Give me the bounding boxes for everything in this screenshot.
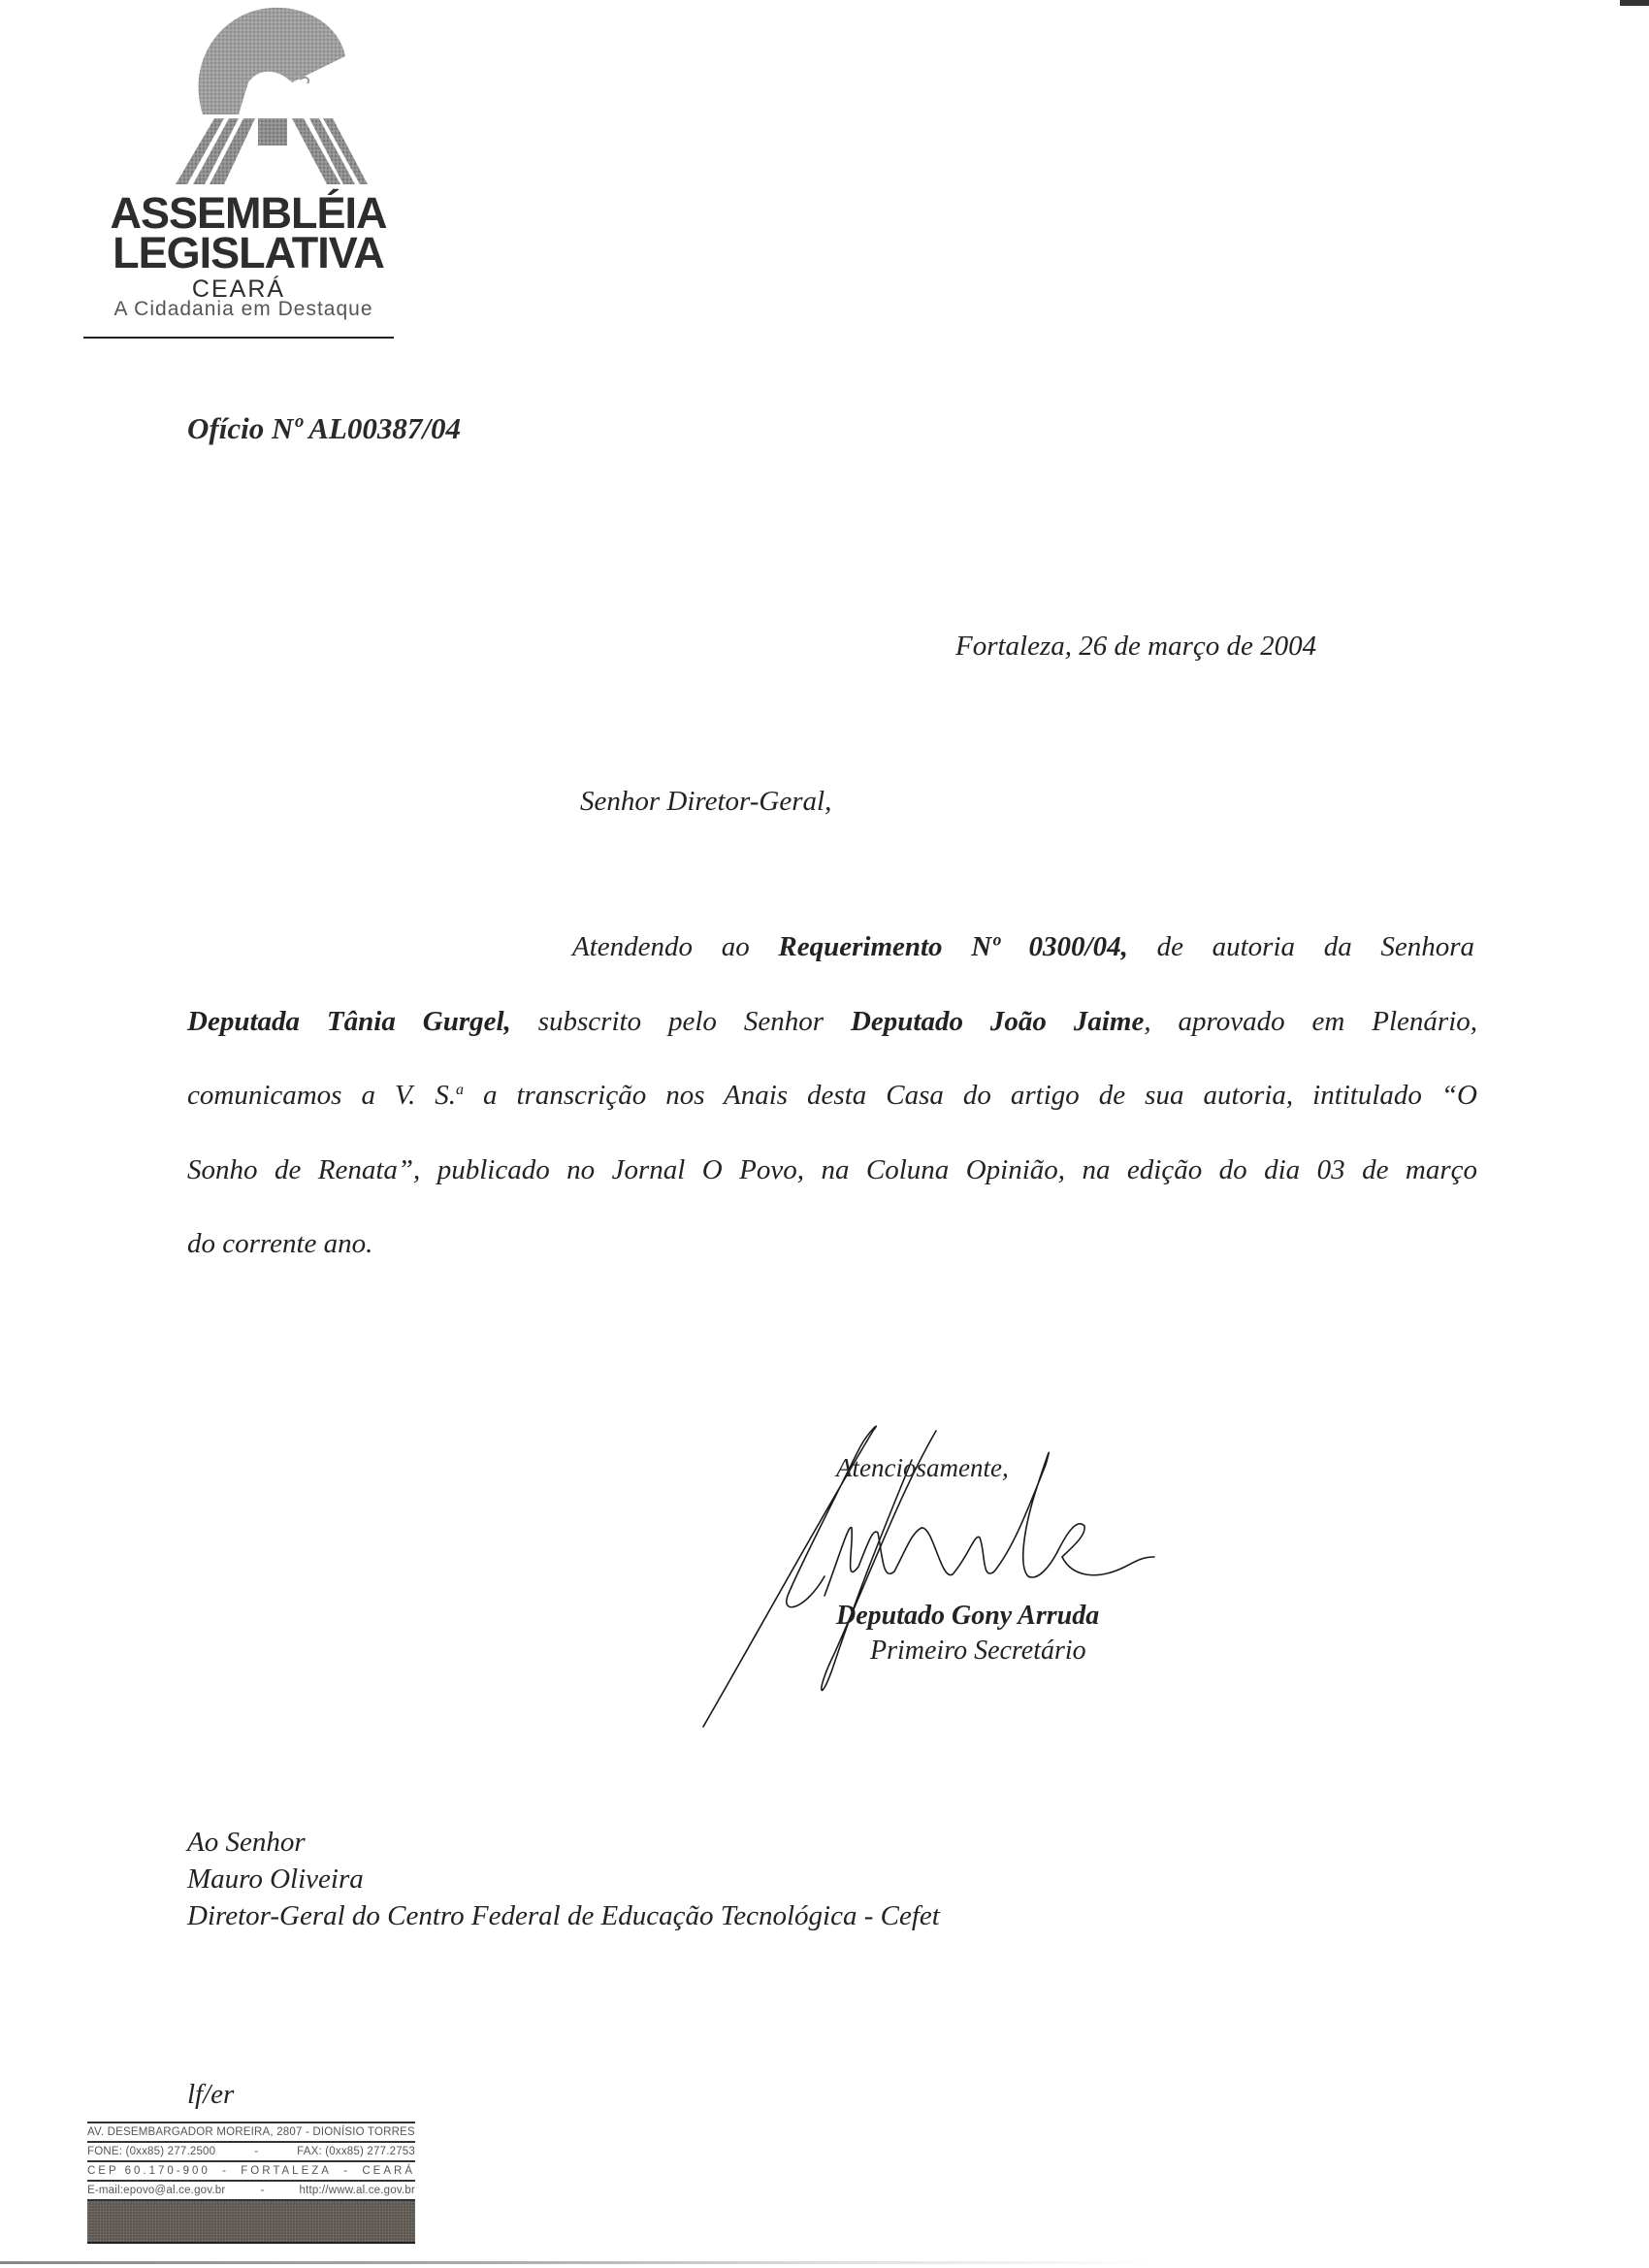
footer-separator: - bbox=[254, 2143, 258, 2160]
footer-phone: FONE: (0xx85) 277.2500 bbox=[87, 2143, 215, 2160]
footer-cep: CEP 60.170-900 bbox=[87, 2162, 210, 2180]
recipient-title: Diretor-Geral do Centro Federal de Educa… bbox=[187, 1897, 940, 1934]
document-date: Fortaleza, 26 de março de 2004 bbox=[955, 631, 1316, 663]
footer-city-row: CEP 60.170-900 - FORTALEZA - CEARÁ bbox=[87, 2160, 415, 2180]
paragraph-line-1: Atendendo ao Requerimento Nº 0300/04, de… bbox=[572, 931, 1474, 963]
paragraph-text: comunicamos a V. S. bbox=[187, 1080, 456, 1111]
footer-contact-row: E-mail:epovo@al.ce.gov.br - http://www.a… bbox=[87, 2180, 415, 2199]
scan-artifact bbox=[1620, 0, 1649, 6]
footer-website: http://www.al.ce.gov.br bbox=[300, 2182, 415, 2199]
requirement-number: Requerimento Nº 0300/04, bbox=[778, 931, 1127, 962]
author-name: Deputada Tânia Gurgel, bbox=[187, 1006, 511, 1037]
paragraph-text: , aprovado em Plenário, bbox=[1144, 1006, 1477, 1037]
salutation: Senhor Diretor-Geral, bbox=[580, 786, 831, 818]
paragraph-text: Atendendo ao bbox=[572, 931, 750, 962]
superscript: a bbox=[456, 1082, 464, 1098]
letterhead-divider bbox=[83, 337, 394, 339]
closing-phrase: Atenciosamente, bbox=[836, 1453, 1009, 1483]
footer-separator: - bbox=[343, 2162, 350, 2180]
footer-state: CEARÁ bbox=[362, 2162, 415, 2180]
typist-initials: lf/er bbox=[187, 2079, 234, 2111]
footer-city: FORTALEZA bbox=[241, 2162, 332, 2180]
footer-decorative-band bbox=[87, 2199, 415, 2244]
letterhead-logo: ASSEMBLÉIA LEGISLATIVA CEARÁ A Cidadania… bbox=[83, 0, 404, 344]
paragraph-line-4: Sonho de Renata”, publicado no Jornal O … bbox=[187, 1154, 1477, 1186]
footer-fax: FAX: (0xx85) 277.2753 bbox=[297, 2143, 415, 2160]
paragraph-line-3: comunicamos a V. S.a a transcrição nos A… bbox=[187, 1080, 1477, 1112]
scan-edge bbox=[0, 2261, 1649, 2264]
org-slogan: A Cidadania em Destaque bbox=[83, 298, 404, 321]
footer-email: E-mail:epovo@al.ce.gov.br bbox=[87, 2182, 225, 2199]
footer-separator: - bbox=[260, 2182, 264, 2199]
signer-name: Deputado Gony Arruda bbox=[836, 1601, 1099, 1632]
footer-separator: - bbox=[222, 2162, 229, 2180]
paragraph-line-2: Deputada Tânia Gurgel, subscrito pelo Se… bbox=[187, 1006, 1477, 1038]
letterhead-footer: AV. DESEMBARGADOR MOREIRA, 2807 - DIONÍS… bbox=[87, 2122, 415, 2244]
recipient-block: Ao Senhor Mauro Oliveira Diretor-Geral d… bbox=[187, 1824, 940, 1934]
signer-title: Primeiro Secretário bbox=[870, 1636, 1086, 1667]
assembly-emblem-icon bbox=[156, 0, 370, 189]
paragraph-line-5: do corrente ano. bbox=[187, 1228, 372, 1260]
footer-address-row: AV. DESEMBARGADOR MOREIRA, 2807 - DIONÍS… bbox=[87, 2122, 415, 2141]
document-reference: Ofício Nº AL00387/04 bbox=[187, 411, 461, 446]
paragraph-text: subscrito pelo Senhor bbox=[538, 1006, 824, 1037]
recipient-name: Mauro Oliveira bbox=[187, 1861, 940, 1897]
paragraph-text: a transcrição nos Anais desta Casa do ar… bbox=[483, 1080, 1477, 1111]
org-name-line2: LEGISLATIVA bbox=[93, 231, 404, 275]
cosigner-name: Deputado João Jaime bbox=[851, 1006, 1144, 1037]
footer-phone-row: FONE: (0xx85) 277.2500 - FAX: (0xx85) 27… bbox=[87, 2141, 415, 2160]
paragraph-text: de autoria da Senhora bbox=[1157, 931, 1474, 962]
recipient-line-1: Ao Senhor bbox=[187, 1824, 940, 1861]
footer-address: AV. DESEMBARGADOR MOREIRA, 2807 - DIONÍS… bbox=[87, 2123, 415, 2141]
